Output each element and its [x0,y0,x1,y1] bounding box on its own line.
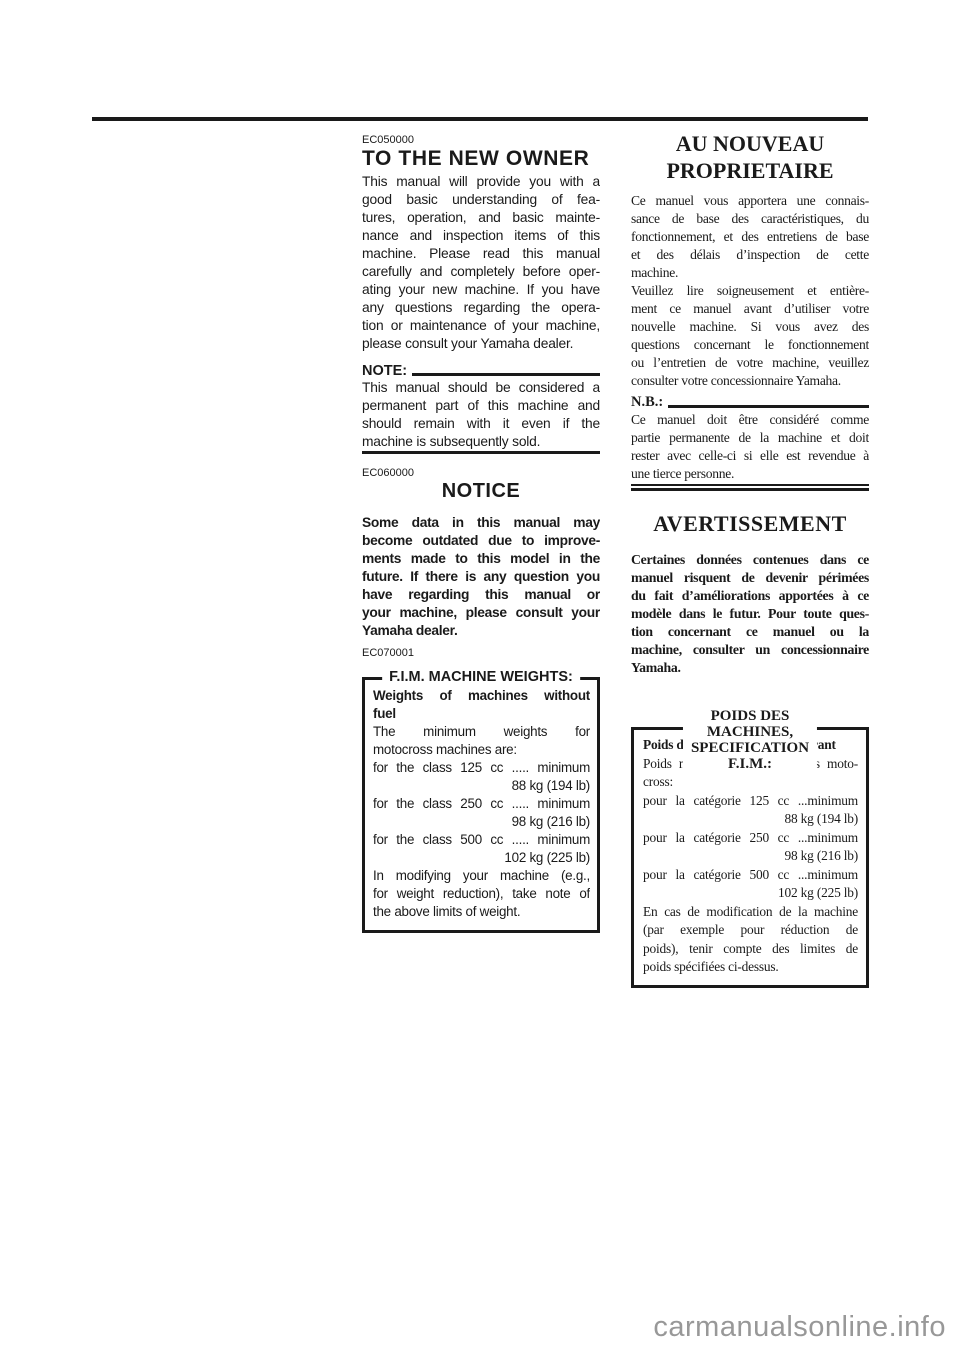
text-line: et des délais d’inspection de cette [631,246,869,264]
text-line: should remain with it even if the [362,415,600,433]
text-line: permanent part of this machine and [362,397,600,415]
text-line: tion or maintenance of your machine, [362,317,600,335]
text-line: 88 kg (194 lb) [643,810,858,829]
text-line: become outdated due to improve- [362,532,600,550]
au-nouveau-proprietaire-title: AU NOUVEAU PROPRIETAIRE [631,130,869,184]
text-line: fonctionnement, et des entretiens de bas… [631,228,869,246]
text-line: machine. [631,264,869,282]
text-line: machine, consulter un concessionnaire [631,641,869,659]
note-leader-line [412,373,600,376]
french-column: AU NOUVEAU PROPRIETAIRE Ce manuel vous a… [631,128,869,988]
text-line: for the class 500 cc ..... minimum [373,831,590,849]
weight-class-list: for the class 125 cc ..... minimum88 kg … [373,759,590,867]
text-line: rester avec celle-ci si elle est revendu… [631,447,869,465]
text-line: nance and inspection items of this [362,227,600,245]
text-line: sance de base des caractéristiques, du [631,210,869,228]
text-line: du fait d’améliorations apportées à ce [631,587,869,605]
english-column: EC050000 TO THE NEW OWNER This manual wi… [362,128,600,933]
nb-leader-line [668,405,869,408]
text-line: the above limits of weight. [373,903,590,921]
poids-footer: En cas de modification de la machine(par… [643,903,858,977]
text-line: manuel risquent de devenir périmées [631,569,869,587]
text-line: The minimum weights for [373,723,590,741]
text-line: for weight reduction), take note of [373,885,590,903]
notice-paragraph: Some data in this manual maybecome outda… [362,514,600,640]
text-line: (par exemple pour réduction de [643,921,858,940]
text-line: questions concernant le fonctionnement [631,336,869,354]
watermark: carmanualsonline.info [653,1311,946,1344]
nb-label: N.B.: [631,394,663,411]
text-line: modèle dans le futur. Pour toute ques- [631,605,869,623]
text-line: Ce manuel vous apportera une connais- [631,192,869,210]
note-end-rule [362,451,600,454]
text-line: pour la catégorie 125 cc ...minimum [643,792,858,811]
text-line: Yamaha dealer. [362,622,600,640]
text-line: carefully and completely before oper- [362,263,600,281]
text-line: poids), tenir compte des limites de [643,940,858,959]
note-paragraph: This manual should be considered aperman… [362,379,600,451]
nb-section-header: N.B.: [631,394,869,411]
text-line: 98 kg (216 lb) [643,847,858,866]
notice-title: NOTICE [362,480,600,503]
text-line: Weights of machines without [373,687,590,705]
text-line: une tierce personne. [631,465,869,483]
section-code-ec060000: EC060000 [362,467,600,480]
fr-intro-paragraph: Ce manuel vous apportera une connais-san… [631,192,869,390]
to-the-new-owner-title: TO THE NEW OWNER [362,147,600,170]
nb-paragraph: Ce manuel doit être considéré commeparti… [631,411,869,483]
text-line: machine is subsequently sold. [362,433,600,451]
text-line: ou l’entretien de votre machine, veuille… [631,354,869,372]
text-line: any questions regarding the opera- [362,299,600,317]
avertissement-title: AVERTISSEMENT [631,511,869,537]
weights-subtitle: Weights of machines withoutfuel [373,687,590,723]
poids-box-legend: POIDS DES MACHINES, SPECIFICATION F.I.M.… [683,708,817,772]
text-line: ating your new machine. If you have [362,281,600,299]
text-line: nouvelle machine. Si vous avez des [631,318,869,336]
section-code-ec070001: EC070001 [362,647,600,660]
fim-machine-weights-box: F.I.M. MACHINE WEIGHTS: Weights of machi… [362,677,600,933]
text-line: 88 kg (194 lb) [373,777,590,795]
text-line: ments made to this model in the [362,550,600,568]
intro-paragraph: This manual will provide you with agood … [362,173,600,353]
poids-des-machines-box: POIDS DES MACHINES, SPECIFICATION F.I.M.… [631,727,869,988]
text-line: Ce manuel doit être considéré comme [631,411,869,429]
note-label: NOTE: [362,363,407,379]
text-line: please consult your Yamaha dealer. [362,335,600,353]
text-line: good basic understanding of fea- [362,191,600,209]
text-line: tures, operation, and basic mainte- [362,209,600,227]
text-line: Certaines données contenues dans ce [631,551,869,569]
text-line: motocross machines are: [373,741,590,759]
text-line: tion concernant ce manuel ou la [631,623,869,641]
text-line: ment ce manuel avant d’utiliser votre [631,300,869,318]
nb-end-rule [631,484,869,491]
poids-class-list: pour la catégorie 125 cc ...minimum88 kg… [643,792,858,903]
text-line: for the class 125 cc ..... minimum [373,759,590,777]
note-section-header: NOTE: [362,362,600,379]
text-line: Yamaha. [631,659,869,677]
text-line: In modifying your machine (e.g., [373,867,590,885]
section-code-ec050000: EC050000 [362,134,600,147]
avertissement-paragraph: Certaines données contenues dans cemanue… [631,551,869,677]
text-line: partie permanente de la machine et doit [631,429,869,447]
text-line: for the class 250 cc ..... minimum [373,795,590,813]
weights-intro: The minimum weights formotocross machine… [373,723,590,759]
text-line: have regarding this manual or [362,586,600,604]
manual-page: EC050000 TO THE NEW OWNER This manual wi… [0,0,960,1358]
text-line: En cas de modification de la machine [643,903,858,922]
text-line: cross: [643,773,858,792]
page-top-rule [92,117,868,121]
text-line: 102 kg (225 lb) [373,849,590,867]
text-line: 102 kg (225 lb) [643,884,858,903]
text-line: pour la catégorie 250 cc ...minimum [643,829,858,848]
text-line: This manual will provide you with a [362,173,600,191]
text-line: machine. Please read this manual [362,245,600,263]
text-line: consulter votre concessionnaire Yamaha. [631,372,869,390]
text-line: future. If there is any question you [362,568,600,586]
text-line: poids spécifiées ci-dessus. [643,958,858,977]
text-line: Some data in this manual may [362,514,600,532]
text-line: This manual should be considered a [362,379,600,397]
text-line: fuel [373,705,590,723]
weights-footer: In modifying your machine (e.g.,for weig… [373,867,590,921]
text-line: Veuillez lire soigneusement et entière- [631,282,869,300]
text-line: 98 kg (216 lb) [373,813,590,831]
text-line: your machine, please consult your [362,604,600,622]
text-line: pour la catégorie 500 cc ...minimum [643,866,858,885]
fim-box-legend: F.I.M. MACHINE WEIGHTS: [382,670,580,685]
